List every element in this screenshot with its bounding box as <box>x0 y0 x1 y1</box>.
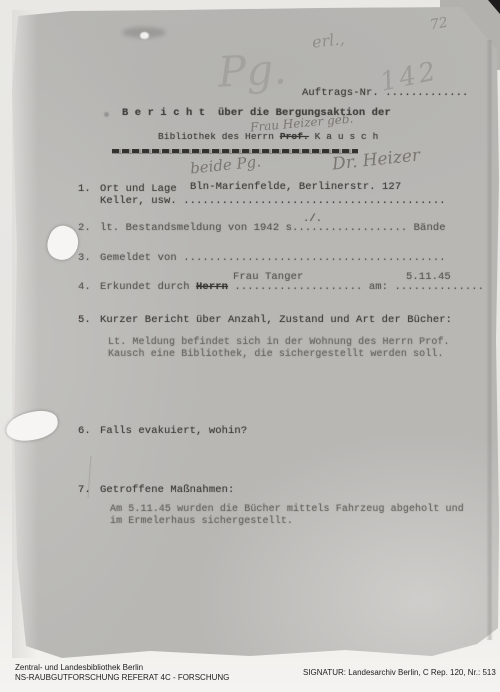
footer-signature: SIGNATUR: Landesarchiv Berlin, C Rep. 12… <box>303 668 496 678</box>
title2-suffix: K a u s c h <box>309 131 379 142</box>
paper-crease <box>486 40 493 640</box>
title2-struck-word: Prof. <box>280 131 309 142</box>
document-scan: 72 erl., Pg. 142 Frau Heizer geb. beide … <box>0 0 500 692</box>
item5-number: 5. <box>78 314 91 326</box>
item1-label: Ort und Lage <box>100 183 177 195</box>
item6-number: 6. <box>78 425 91 437</box>
ink-dot <box>104 112 109 117</box>
paper-speck <box>140 32 149 39</box>
title2-prefix: Bibliothek des Herrn <box>158 131 280 142</box>
report-title-line1: B e r i c h t über die Bergungsaktion de… <box>122 107 391 119</box>
item6-text: Falls evakuiert, wohin? <box>100 425 247 437</box>
item1-line2: Keller, usw. ...........................… <box>100 195 446 207</box>
pg-mark-annotation: Pg. <box>217 44 288 97</box>
item2-number: 2. <box>78 222 91 234</box>
item7-paragraph-line1: Am 5.11.45 wurden die Bücher mittels Fah… <box>110 504 464 516</box>
item7-paragraph-line2: im Ermelerhaus sichergestellt. <box>110 516 293 528</box>
item1-value: Bln-Marienfelde, Berlinerstr. 127 <box>190 181 401 193</box>
item4-number: 4. <box>78 281 91 293</box>
page-number-annotation: 72 <box>429 15 449 34</box>
item3-text: Gemeldet von ...........................… <box>100 252 446 264</box>
auftrags-nr-label: Auftrags-Nr. ............. <box>302 87 468 99</box>
item4-rest: .................... am: .............. <box>228 281 484 293</box>
item5-paragraph-line1: Lt. Meldung befindet sich in der Wohnung… <box>108 337 450 349</box>
item1-number: 1. <box>78 183 91 195</box>
item2-text: lt. Bestandsmeldung von 1942 s..........… <box>100 222 446 234</box>
item4-struck-word: Herrn <box>196 281 228 293</box>
report-title-line2: Bibliothek des Herrn Prof. K a u s c h <box>158 131 378 143</box>
item4-prefix: Erkundet durch <box>100 281 196 293</box>
item4-text: Erkundet durch Herrn ...................… <box>100 281 484 293</box>
footer-institution-line2: NS-RAUBGUTFORSCHUNG REFERAT 4C - FORSCHU… <box>15 673 229 683</box>
item7-number: 7. <box>78 484 91 496</box>
item7-text: Getroffene Maßnahmen: <box>100 484 234 496</box>
scan-corner-shadow <box>488 0 500 14</box>
item3-number: 3. <box>78 252 91 264</box>
footer-institution-line1: Zentral- und Landesbibliothek Berlin <box>15 663 143 673</box>
done-mark-annotation: erl., <box>311 29 345 52</box>
title-underline <box>112 149 358 153</box>
item5-text: Kurzer Bericht über Anzahl, Zustand und … <box>100 314 452 326</box>
item5-paragraph-line2: Kausch eine Bibliothek, die sichergestel… <box>108 349 444 361</box>
